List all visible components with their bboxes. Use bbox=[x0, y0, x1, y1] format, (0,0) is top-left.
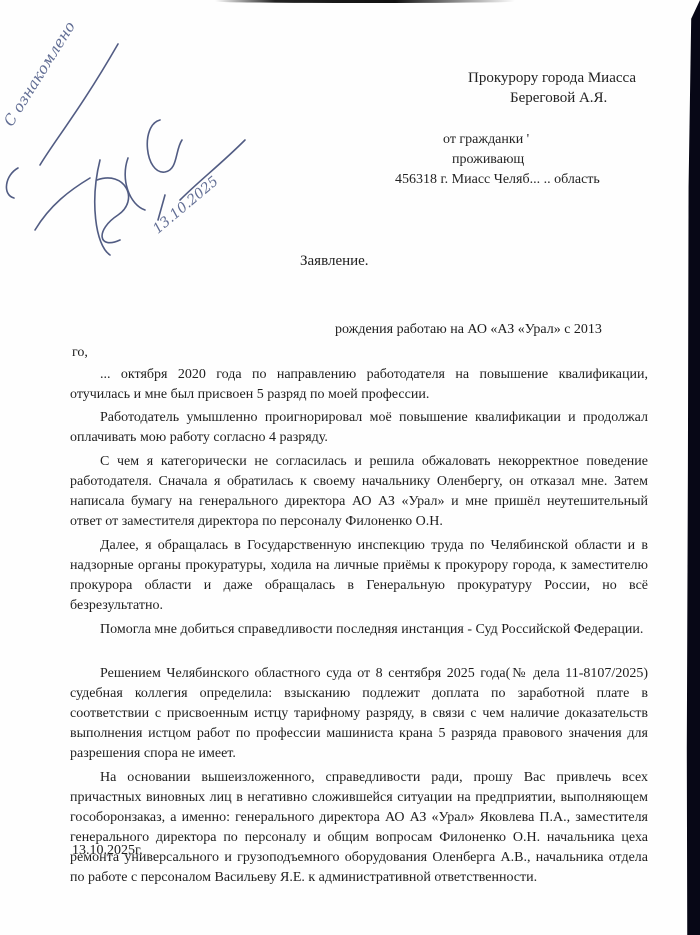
document-title: Заявление. bbox=[300, 253, 369, 270]
signature-scribble-icon bbox=[0, 0, 300, 260]
paragraph-7: На основании вышеизложенного, справедлив… bbox=[70, 768, 648, 888]
paragraph-1-text: ... октября 2020 года по направлению раб… bbox=[70, 367, 648, 402]
paragraph-1: ... октября 2020 года по направлению раб… bbox=[70, 365, 648, 405]
sender-line-3: 456318 г. Миасс Челяб... .. область bbox=[395, 172, 600, 188]
paragraph-3: С чем я категорически не согласилась и р… bbox=[70, 452, 648, 532]
paragraph-7-text: На основании вышеизложенного, справедлив… bbox=[70, 770, 648, 885]
sender-line-2: проживающ bbox=[452, 152, 524, 168]
sender-line-1: от гражданки ' bbox=[443, 132, 529, 148]
paragraph-6: Решением Челябинского областного суда от… bbox=[70, 664, 648, 764]
recipient-line-2: Береговой А.Я. bbox=[510, 90, 607, 107]
paragraph-5-text: Помогла мне добиться справедливости посл… bbox=[100, 622, 643, 637]
paragraph-5: Помогла мне добиться справедливости посл… bbox=[70, 620, 648, 640]
handwritten-resolution: С ознакомлено 13.10.2025 bbox=[0, 0, 300, 260]
paragraph-4-text: Далее, я обращалась в Государственную ин… bbox=[70, 538, 648, 613]
handwritten-note-line1: С ознакомлено bbox=[0, 18, 79, 129]
paragraph-3-text: С чем я категорически не согласилась и р… bbox=[70, 454, 648, 529]
paragraph-6-text: Решением Челябинского областного суда от… bbox=[70, 666, 648, 761]
paragraph-2: Работодатель умышленно проигнорировал мо… bbox=[70, 408, 648, 448]
paragraph-4: Далее, я обращалась в Государственную ин… bbox=[70, 536, 648, 616]
paragraph-2-text: Работодатель умышленно проигнорировал мо… bbox=[70, 410, 648, 445]
scan-top-shadow bbox=[215, 0, 515, 3]
body-intro-line: рождения работаю на АО «АЗ «Урал» с 2013 bbox=[335, 322, 602, 338]
handwritten-note-date: 13.10.2025 bbox=[150, 173, 222, 237]
document-page: С ознакомлено 13.10.2025 Прокурору город… bbox=[0, 0, 700, 935]
scan-right-edge bbox=[678, 0, 700, 935]
document-date: 13.10.2025г. bbox=[72, 843, 143, 859]
recipient-line-1: Прокурору города Миасса bbox=[468, 70, 636, 87]
body-intro-cont: го, bbox=[72, 345, 88, 361]
